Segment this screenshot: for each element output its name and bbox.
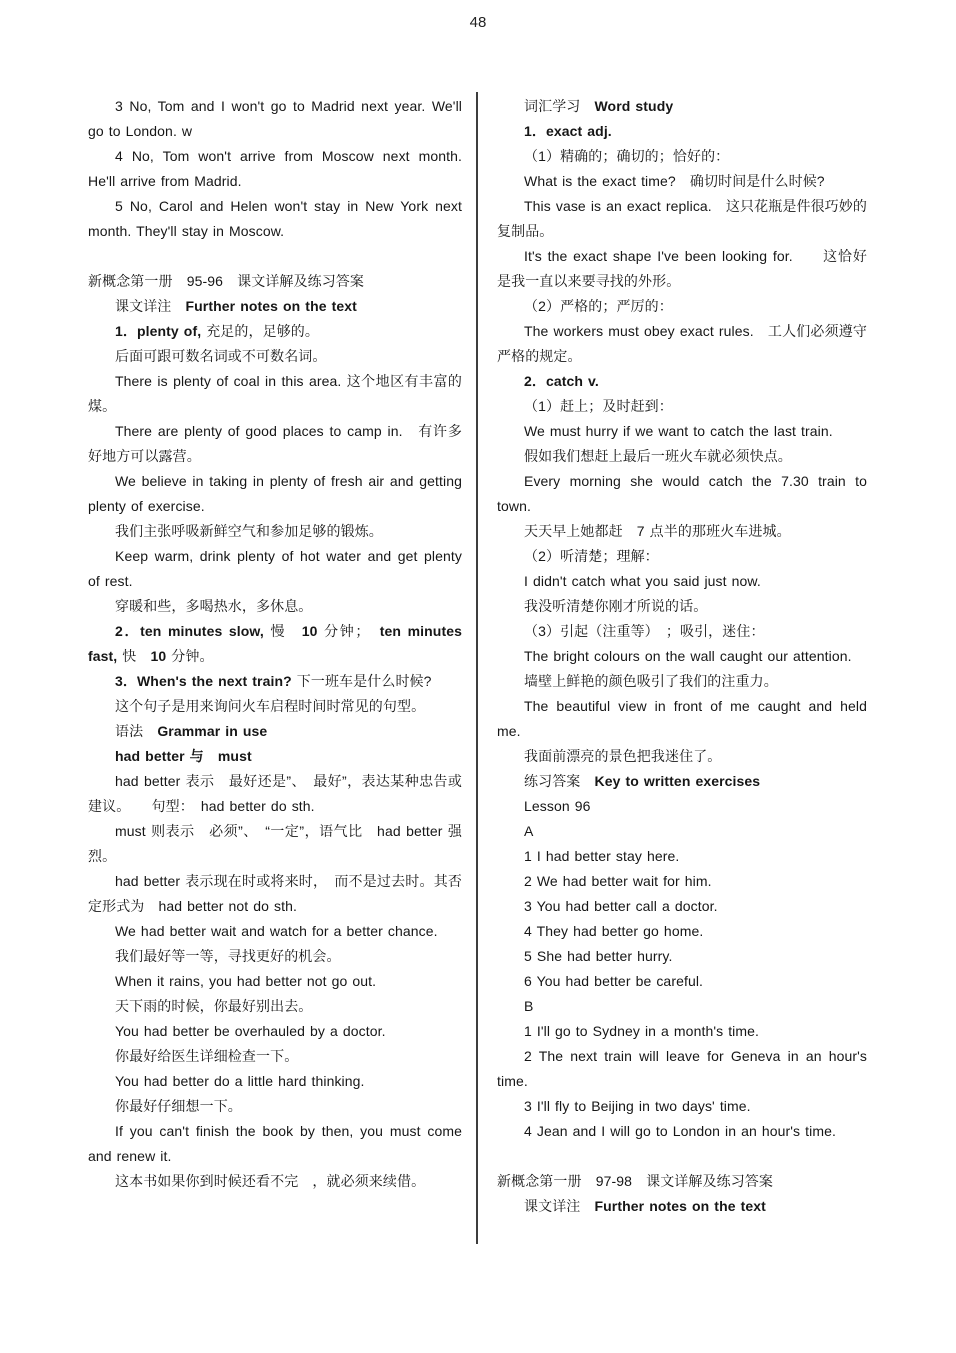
text-segment: 4 They had better go home. [524, 923, 703, 939]
paragraph: 墙壁上鲜艳的颜色吸引了我们的注重力。 [497, 669, 867, 694]
paragraph: 穿暖和些，多喝热水，多休息。 [88, 594, 462, 619]
text-segment: 3 I'll fly to Beijing in two days' time. [524, 1098, 751, 1114]
text-segment: 分钟。 [171, 648, 213, 664]
paragraph: 1 I'll go to Sydney in a month's time. [497, 1019, 867, 1044]
text-segment: 课文详注 [115, 298, 186, 314]
column-right: 词汇学习 Word study1．exact adj.（1）精确的；确切的；恰好… [497, 94, 867, 1219]
text-segment: Every morning she would catch the 7.30 t… [497, 473, 867, 514]
paragraph: It's the exact shape I've been looking f… [497, 244, 867, 294]
paragraph: 1．exact adj. [497, 119, 867, 144]
text-segment: A [524, 823, 533, 839]
text-segment: （2）严格的；严厉的： [524, 298, 673, 314]
text-segment: There is plenty of coal in this area. 这个… [88, 373, 462, 414]
paragraph: 假如我们想赶上最后一班火车就必须快点。 [497, 444, 867, 469]
bold-text-segment: 10 [150, 648, 171, 664]
paragraph: had better 与 must [88, 744, 462, 769]
paragraph: 2．catch v. [497, 369, 867, 394]
paragraph: （2）听清楚；理解： [497, 544, 867, 569]
text-segment: It's the exact shape I've been looking f… [497, 248, 867, 289]
text-segment: 后面可跟可数名词或不可数名词。 [115, 348, 327, 364]
lesson-heading: 新概念第一册 97-98 课文详解及练习答案 [497, 1169, 867, 1194]
text-segment: （2）听清楚；理解： [524, 548, 659, 564]
text-segment: We believe in taking in plenty of fresh … [88, 473, 462, 514]
paragraph: must 则表示 必须”、 “一定”，语气比 had better 强烈。 [88, 819, 462, 869]
text-segment: You had better be overhauled by a doctor… [115, 1023, 386, 1039]
paragraph: 3 You had better call a doctor. [497, 894, 867, 919]
column-left: 3 No, Tom and I won't go to Madrid next … [88, 94, 462, 1194]
paragraph: had better 表示现在时或将来时， 而不是过去时。其否定形式为 had … [88, 869, 462, 919]
text-segment: We must hurry if we want to catch the la… [524, 423, 833, 439]
text-segment: 我们主张呼吸新鲜空气和参加足够的锻炼。 [115, 523, 383, 539]
bold-text-segment: Further notes on the text [186, 298, 357, 314]
paragraph: 你最好仔细想一下。 [88, 1094, 462, 1119]
text-segment: 我们最好等一等，寻找更好的机会。 [115, 948, 341, 964]
paragraph: You had better be overhauled by a doctor… [88, 1019, 462, 1044]
paragraph: 我们最好等一等，寻找更好的机会。 [88, 944, 462, 969]
text-segment: 课文详注 [524, 1198, 595, 1214]
paragraph: 2 We had better wait for him. [497, 869, 867, 894]
section-heading: 练习答案 Key to written exercises [497, 769, 867, 794]
text-segment: had better 表示现在时或将来时， 而不是过去时。其否定形式为 had … [88, 873, 462, 914]
paragraph: （3）引起（注重等） ；吸引，迷住： [497, 619, 867, 644]
text-segment: 语法 [115, 723, 157, 739]
text-segment: 快 [122, 648, 150, 664]
paragraph: When it rains, you had better not go out… [88, 969, 462, 994]
text-segment: 词汇学习 [524, 98, 595, 114]
paragraph: There are plenty of good places to camp … [88, 419, 462, 469]
text-segment: 天天早上她都赶 7 点半的那班火车进城。 [524, 523, 791, 539]
paragraph: The bright colours on the wall caught ou… [497, 644, 867, 669]
paragraph: Keep warm, drink plenty of hot water and… [88, 544, 462, 594]
text-segment: 你最好仔细想一下。 [115, 1098, 242, 1114]
paragraph: 3 I'll fly to Beijing in two days' time. [497, 1094, 867, 1119]
bold-text-segment: 1．exact adj. [524, 123, 612, 139]
paragraph: 我没听清楚你刚才所说的话。 [497, 594, 867, 619]
paragraph: 2 The next train will leave for Geneva i… [497, 1044, 867, 1094]
paragraph: 天下雨的时候，你最好别出去。 [88, 994, 462, 1019]
text-segment: 充足的，足够的。 [206, 323, 319, 339]
text-segment: 6 You had better be careful. [524, 973, 703, 989]
paragraph: Lesson 96 [497, 794, 867, 819]
text-segment: must 则表示 必须”、 “一定”，语气比 had better 强烈。 [88, 823, 462, 864]
text-segment: 天下雨的时候，你最好别出去。 [115, 998, 312, 1014]
text-segment: 3 You had better call a doctor. [524, 898, 718, 914]
text-segment: had better 表示 最好还是”、 最好”，表达某种忠告或建议。 句型： … [88, 773, 462, 814]
bold-text-segment: Key to written exercises [595, 773, 761, 789]
section-heading: 课文详注 Further notes on the text [497, 1194, 867, 1219]
text-segment: 我面前漂亮的景色把我迷住了。 [524, 748, 721, 764]
paragraph: 4 They had better go home. [497, 919, 867, 944]
text-segment: The beautiful view in front of me caught… [497, 698, 867, 739]
paragraph: B [497, 994, 867, 1019]
text-segment: When it rains, you had better not go out… [115, 973, 376, 989]
paragraph: （1）赶上；及时赶到： [497, 394, 867, 419]
text-segment: 你最好给医生详细检查一下。 [115, 1048, 298, 1064]
paragraph: 我们主张呼吸新鲜空气和参加足够的锻炼。 [88, 519, 462, 544]
paragraph: 我面前漂亮的景色把我迷住了。 [497, 744, 867, 769]
paragraph: 这个句子是用来询问火车启程时间时常见的句型。 [88, 694, 462, 719]
section-heading: 语法 Grammar in use [88, 719, 462, 744]
text-segment: This vase is an exact replica. 这只花瓶是件很巧妙… [497, 198, 867, 239]
paragraph: What is the exact time? 确切时间是什么时候? [497, 169, 867, 194]
paragraph: You had better do a little hard thinking… [88, 1069, 462, 1094]
text-segment: （3）引起（注重等） ；吸引，迷住： [524, 623, 765, 639]
text-segment: 这个句子是用来询问火车启程时间时常见的句型。 [115, 698, 425, 714]
text-segment: The workers must obey exact rules. 工人们必须… [497, 323, 867, 364]
paragraph: The workers must obey exact rules. 工人们必须… [497, 319, 867, 369]
text-segment: 下一班车是什么时候? [297, 673, 432, 689]
bold-text-segment: Further notes on the text [595, 1198, 766, 1214]
paragraph: Every morning she would catch the 7.30 t… [497, 469, 867, 519]
paragraph: （2）严格的；严厉的： [497, 294, 867, 319]
section-heading: 词汇学习 Word study [497, 94, 867, 119]
bold-text-segment: 2．ten minutes slow, [115, 623, 270, 639]
text-segment: We had better wait and watch for a bette… [115, 923, 438, 939]
text-segment: （1）精确的；确切的；恰好的： [524, 148, 729, 164]
paragraph: 5 She had better hurry. [497, 944, 867, 969]
bold-text-segment: 3．When's the next train? [115, 673, 297, 689]
text-segment: 1 I had better stay here. [524, 848, 679, 864]
paragraph: （1）精确的；确切的；恰好的： [497, 144, 867, 169]
text-segment: （1）赶上；及时赶到： [524, 398, 673, 414]
text-segment: 1 I'll go to Sydney in a month's time. [524, 1023, 759, 1039]
paragraph: This vase is an exact replica. 这只花瓶是件很巧妙… [497, 194, 867, 244]
paragraph: 你最好给医生详细检查一下。 [88, 1044, 462, 1069]
text-segment: The bright colours on the wall caught ou… [524, 648, 852, 664]
section-heading: 课文详注 Further notes on the text [88, 294, 462, 319]
text-segment: 我没听清楚你刚才所说的话。 [524, 598, 707, 614]
text-segment: Lesson 96 [524, 798, 591, 814]
text-segment: 穿暖和些，多喝热水，多休息。 [115, 598, 312, 614]
text-segment: 假如我们想赶上最后一班火车就必须快点。 [524, 448, 792, 464]
text-segment: 分钟； [324, 623, 380, 639]
text-segment: 3 No, Tom and I won't go to Madrid next … [88, 98, 462, 139]
document-page: 48 3 No, Tom and I won't go to Madrid ne… [0, 0, 956, 1353]
text-segment: 4 Jean and I will go to London in an hou… [524, 1123, 836, 1139]
text-segment: 慢 [270, 623, 301, 639]
paragraph: 3．When's the next train? 下一班车是什么时候? [88, 669, 462, 694]
paragraph: 天天早上她都赶 7 点半的那班火车进城。 [497, 519, 867, 544]
text-segment: There are plenty of good places to camp … [88, 423, 462, 464]
text-segment: 2 We had better wait for him. [524, 873, 712, 889]
paragraph: There is plenty of coal in this area. 这个… [88, 369, 462, 419]
paragraph: had better 表示 最好还是”、 最好”，表达某种忠告或建议。 句型： … [88, 769, 462, 819]
paragraph: 1 I had better stay here. [497, 844, 867, 869]
paragraph: We had better wait and watch for a bette… [88, 919, 462, 944]
text-segment: 新概念第一册 95-96 课文详解及练习答案 [88, 273, 364, 289]
text-segment: Keep warm, drink plenty of hot water and… [88, 548, 462, 589]
text-segment: If you can't finish the book by then, yo… [88, 1123, 462, 1164]
paragraph: 5 No, Carol and Helen won't stay in New … [88, 194, 462, 244]
paragraph: I didn't catch what you said just now. [497, 569, 867, 594]
bold-text-segment: had better 与 must [115, 748, 252, 764]
paragraph: 2．ten minutes slow, 慢 10 分钟； ten minutes… [88, 619, 462, 669]
column-divider [476, 92, 478, 1244]
text-segment: 练习答案 [524, 773, 595, 789]
text-segment: You had better do a little hard thinking… [115, 1073, 365, 1089]
bold-text-segment: 10 [302, 623, 324, 639]
text-segment: I didn't catch what you said just now. [524, 573, 761, 589]
text-segment: 2 The next train will leave for Geneva i… [497, 1048, 867, 1089]
bold-text-segment: 1．plenty of, [115, 323, 206, 339]
page-number: 48 [0, 14, 956, 31]
bold-text-segment: 2．catch v. [524, 373, 599, 389]
paragraph: 6 You had better be careful. [497, 969, 867, 994]
paragraph: If you can't finish the book by then, yo… [88, 1119, 462, 1169]
bold-text-segment: Grammar in use [157, 723, 267, 739]
text-segment: What is the exact time? 确切时间是什么时候? [524, 173, 825, 189]
text-segment: 4 No, Tom won't arrive from Moscow next … [88, 148, 462, 189]
paragraph: 1．plenty of, 充足的，足够的。 [88, 319, 462, 344]
lesson-heading: 新概念第一册 95-96 课文详解及练习答案 [88, 269, 462, 294]
text-segment: 新概念第一册 97-98 课文详解及练习答案 [497, 1173, 773, 1189]
paragraph: 这本书如果你到时候还看不完 ，就必须来续借。 [88, 1169, 462, 1194]
paragraph: We believe in taking in plenty of fresh … [88, 469, 462, 519]
paragraph: The beautiful view in front of me caught… [497, 694, 867, 744]
paragraph: We must hurry if we want to catch the la… [497, 419, 867, 444]
text-segment: 墙壁上鲜艳的颜色吸引了我们的注重力。 [524, 673, 778, 689]
paragraph: 4 No, Tom won't arrive from Moscow next … [88, 144, 462, 194]
text-segment: 5 No, Carol and Helen won't stay in New … [88, 198, 462, 239]
paragraph: 后面可跟可数名词或不可数名词。 [88, 344, 462, 369]
bold-text-segment: Word study [595, 98, 674, 114]
paragraph: 4 Jean and I will go to London in an hou… [497, 1119, 867, 1144]
text-segment: 这本书如果你到时候还看不完 ，就必须来续借。 [115, 1173, 425, 1189]
text-segment: 5 She had better hurry. [524, 948, 672, 964]
text-segment: B [524, 998, 533, 1014]
paragraph: 3 No, Tom and I won't go to Madrid next … [88, 94, 462, 144]
paragraph: A [497, 819, 867, 844]
